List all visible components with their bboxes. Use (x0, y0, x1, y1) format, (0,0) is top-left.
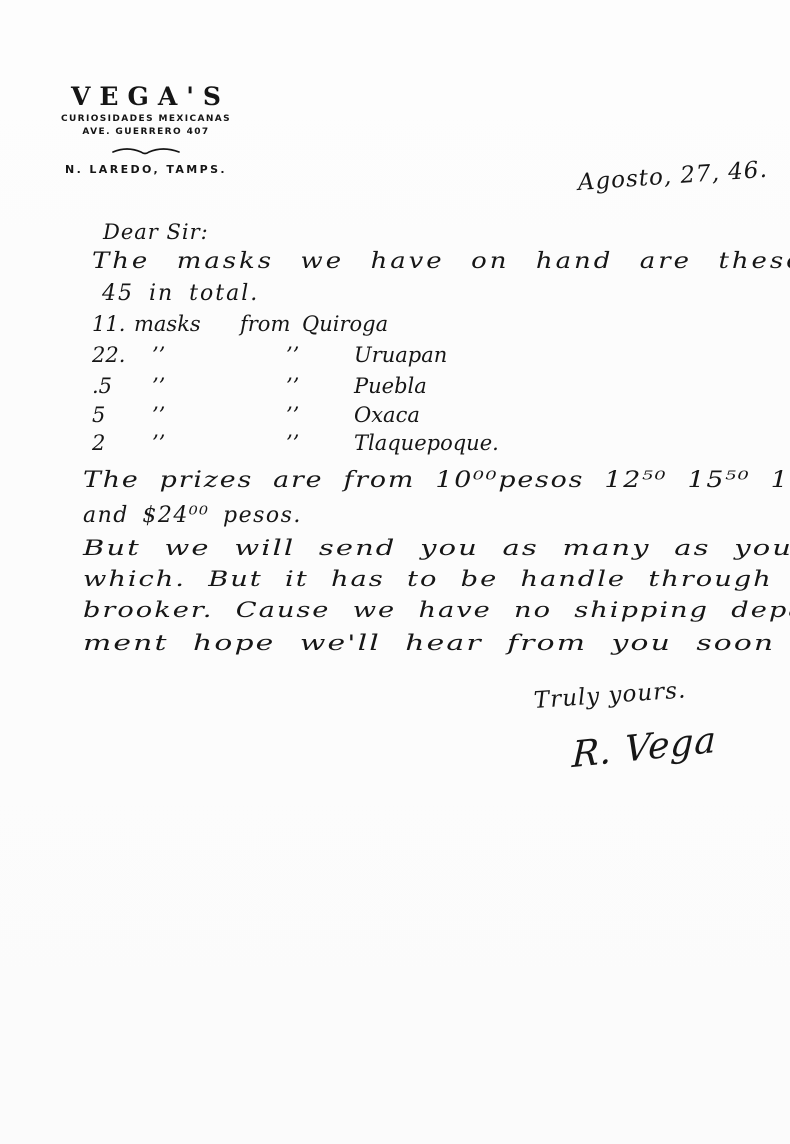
prices-line-1: The prizes are from 10⁰⁰pesos 12⁵⁰ 15⁵⁰ … (83, 468, 790, 494)
inventory-row: 22. ’’ ’’ Uruapan (90, 343, 550, 370)
inventory-unit: ’’ (152, 403, 165, 427)
inventory-place: Quiroga (302, 312, 388, 336)
inventory-place: Puebla (354, 374, 427, 398)
inventory-unit: masks (134, 312, 201, 336)
inventory-row: 5 ’’ ’’ Oxaca (90, 403, 550, 430)
inventory-place: Uruapan (354, 343, 447, 367)
closing-line: Truly yours. (533, 677, 687, 715)
mask-inventory-list: 11. masks from Quiroga 22. ’’ ’’ Uruapan… (90, 312, 550, 462)
inventory-qty: 11. (92, 312, 125, 336)
inventory-row: 11. masks from Quiroga (90, 312, 550, 339)
letterhead-brand: VEGA'S (48, 84, 253, 109)
inventory-unit: ’’ (152, 343, 165, 367)
inventory-unit: ’’ (152, 374, 165, 398)
body-line: brooker. Cause we have no shipping depar… (83, 598, 790, 623)
inventory-qty: 5 (92, 403, 105, 427)
body-line: ment hope we'll hear from you soon (83, 631, 775, 656)
inventory-unit: ’’ (152, 431, 165, 455)
letterhead-flourish-icon (48, 142, 244, 154)
inventory-row: 2 ’’ ’’ Tlaquepoque. (90, 431, 550, 458)
letterhead-city: N. LAREDO, TAMPS. (48, 163, 244, 176)
inventory-origin: ’’ (286, 403, 299, 427)
inventory-origin: ’’ (286, 343, 299, 367)
letterhead: VEGA'S CURIOSIDADES MEXICANAS AVE. GUERR… (48, 84, 244, 176)
inventory-place: Tlaquepoque. (354, 431, 499, 455)
signature-handwritten: R. Vega (571, 719, 717, 778)
letterhead-address-line1: CURIOSIDADES MEXICANAS (48, 114, 244, 125)
inventory-origin: from (240, 312, 290, 336)
body-line: But we will send you as many as you (83, 536, 790, 561)
prices-line-2: and $24⁰⁰ pesos. (83, 503, 302, 529)
scanned-letter-page: VEGA'S CURIOSIDADES MEXICANAS AVE. GUERR… (0, 0, 790, 1144)
salutation: Dear Sir: (103, 220, 209, 245)
date-line: Agosto, 27, 46. (577, 157, 769, 198)
inventory-qty: 2 (92, 431, 105, 455)
body-line: which. But it has to be handle through a (83, 567, 790, 592)
inventory-qty: .5 (92, 374, 112, 398)
intro-line-1: The masks we have on hand are these. (92, 249, 790, 275)
intro-line-2: 45 in total. (102, 281, 259, 307)
letterhead-address-line2: AVE. GUERRERO 407 (48, 127, 244, 138)
inventory-origin: ’’ (286, 431, 299, 455)
inventory-qty: 22. (92, 343, 125, 367)
inventory-origin: ’’ (286, 374, 299, 398)
inventory-place: Oxaca (354, 403, 420, 427)
inventory-row: .5 ’’ ’’ Puebla (90, 374, 550, 401)
